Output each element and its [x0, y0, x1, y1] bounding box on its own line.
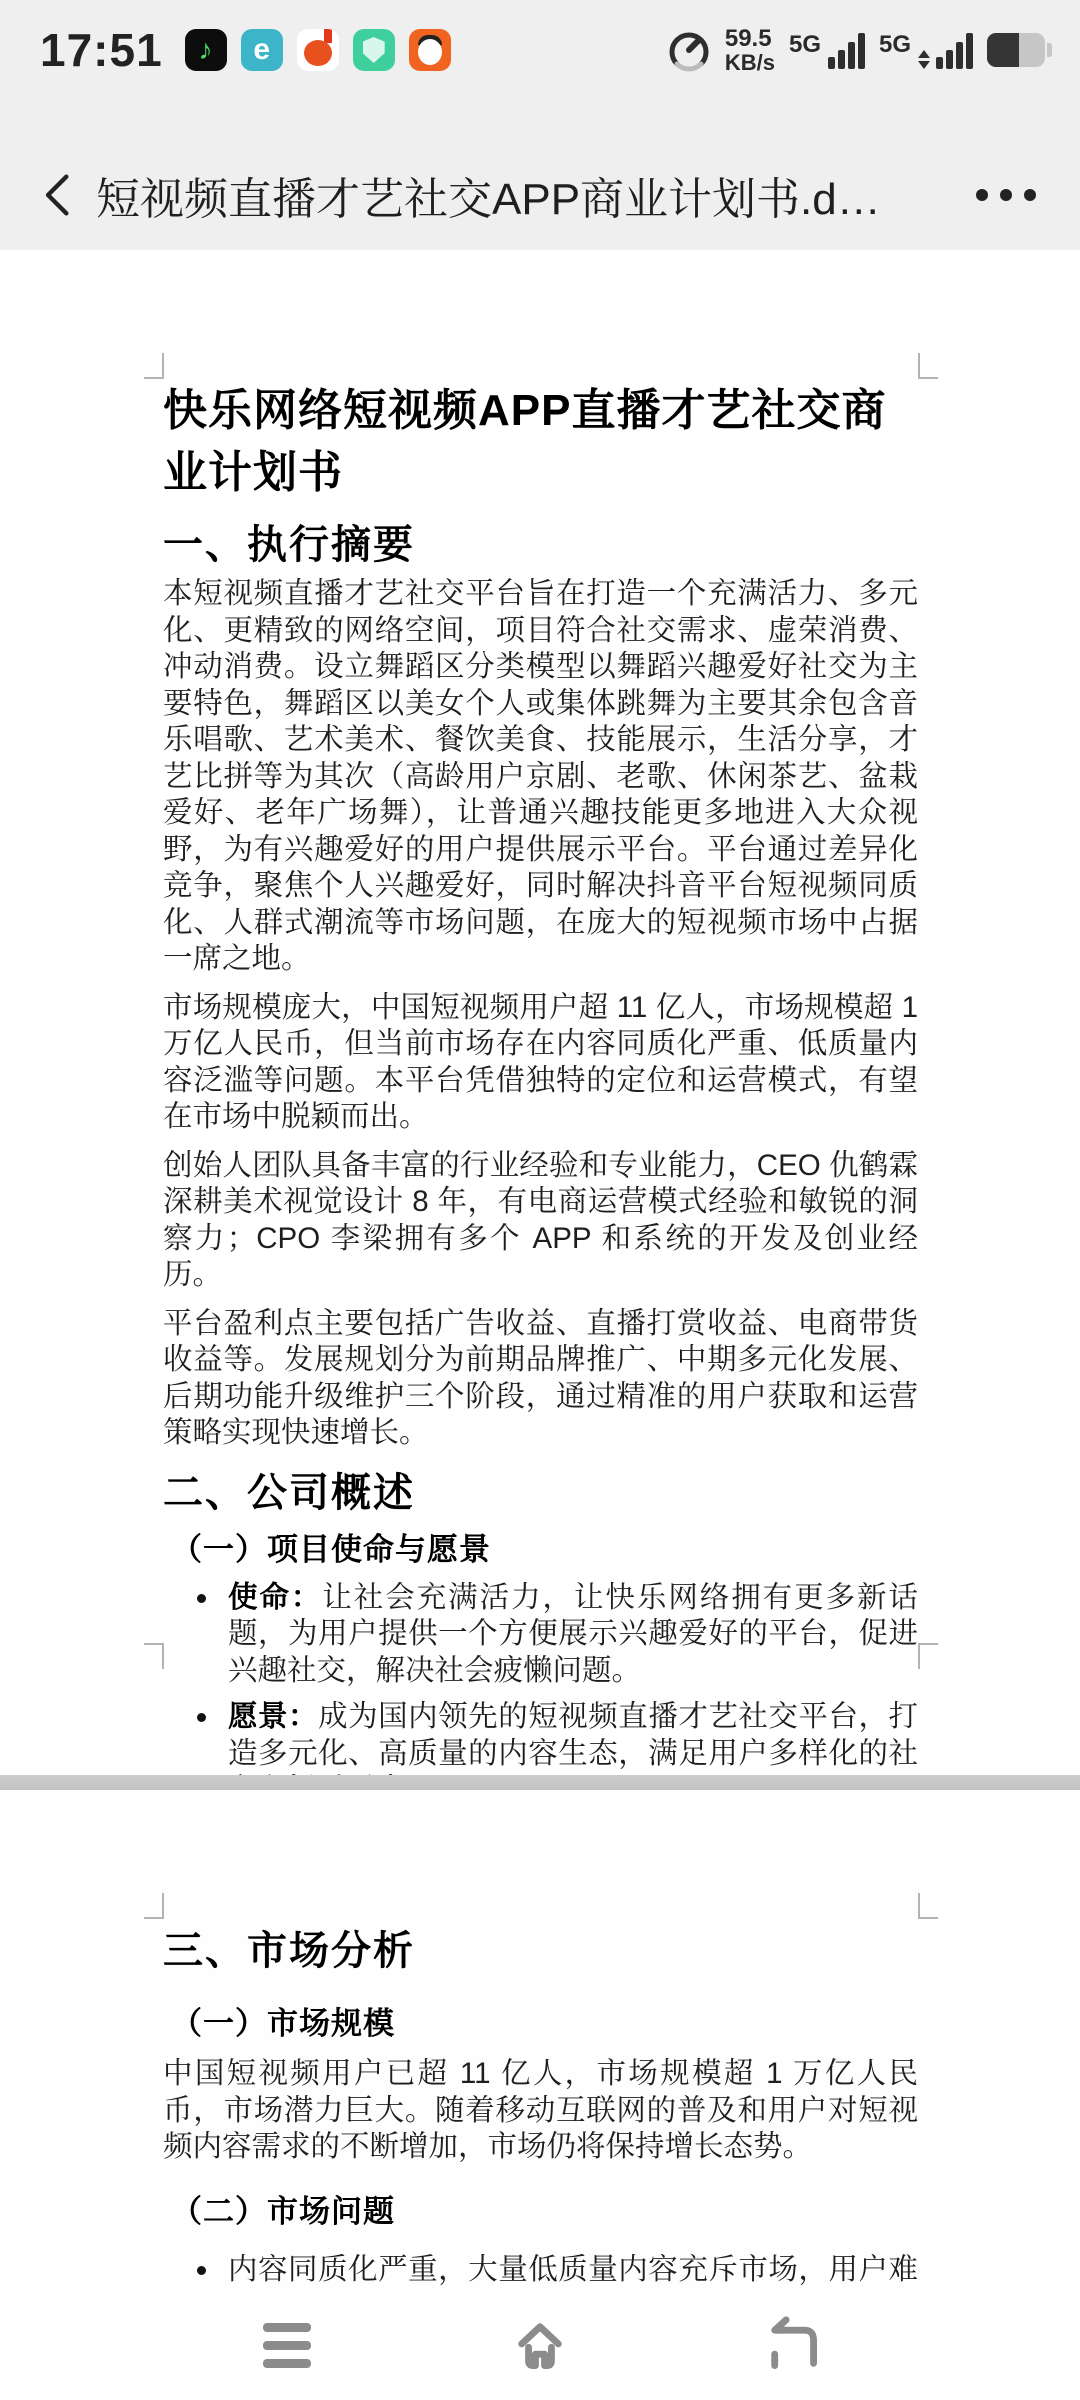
status-bar: 17:51 ♪ e 59.5 KB/s 5G 5G — [0, 0, 1080, 100]
paragraph: 市场规模庞大，中国短视频用户超 11 亿人，市场规模超 1 万亿人民币，但当前市… — [163, 990, 918, 1136]
home-button[interactable] — [505, 2310, 575, 2380]
sim2-signal: 5G — [879, 31, 973, 69]
ellipsis-dot — [976, 189, 988, 201]
music-note-glyph: ♪ — [199, 36, 213, 64]
music-app-icon: ♪ — [185, 29, 227, 71]
battery-fill — [987, 33, 1019, 67]
document-title-bar-text: 短视频直播才艺社交APP商业计划书.d… — [96, 163, 962, 227]
network-speed-gauge-icon — [667, 28, 711, 72]
sim1-5g-label: 5G — [789, 31, 821, 59]
bullet-dot — [197, 1594, 206, 1603]
vision-text: 成为国内领先的短视频直播才艺社交平台，打造多元化、高质量的内容生态，满足用户多样… — [228, 1700, 918, 1775]
subsection-heading-mission-vision: （一）项目使命与愿景 — [163, 1530, 918, 1570]
document-viewport[interactable]: 快乐网络短视频APP直播才艺社交商业计划书 一、执行摘要 本短视频直播才艺社交平… — [0, 250, 1080, 2400]
mission-label: 使命： — [228, 1581, 322, 1614]
data-updown-arrows-icon — [918, 31, 930, 69]
back-icon — [761, 2313, 825, 2377]
android-navigation-bar — [0, 2290, 1080, 2400]
page-corner-mark — [918, 353, 938, 379]
page-corner-mark — [144, 1893, 164, 1919]
e-browser-app-icon: e — [241, 29, 283, 71]
list-item-vision: 愿景：成为国内领先的短视频直播才艺社交平台，打造多元化、高质量的内容生态，满足用… — [163, 1699, 918, 1775]
mission-text: 让社会充满活力，让快乐网络拥有更多新话题，为用户提供一个方便展示兴趣爱好的平台，… — [228, 1581, 918, 1687]
document-heading: 快乐网络短视频APP直播才艺社交商业计划书 — [163, 380, 918, 504]
ellipsis-dot — [1024, 189, 1036, 201]
paragraph: 中国短视频用户已超 11 亿人，市场规模超 1 万亿人民币，市场潜力巨大。随着移… — [163, 2056, 918, 2166]
more-menu-button[interactable] — [962, 179, 1050, 211]
sim1-signal-bars-icon — [828, 31, 865, 69]
status-left: 17:51 ♪ e — [40, 23, 451, 77]
back-button[interactable] — [30, 167, 86, 223]
home-icon — [508, 2313, 572, 2377]
tomato-novel-app-icon — [297, 29, 339, 71]
status-right: 59.5 KB/s 5G 5G — [667, 26, 1052, 74]
network-speed-value: 59.5 — [725, 26, 775, 51]
paragraph: 平台盈利点主要包括广告收益、直播打赏收益、电商带货收益等。发展规划分为前期品牌推… — [163, 1306, 918, 1452]
paragraph: 本短视频直播才艺社交平台旨在打造一个充满活力、多元化、更精致的网络空间，项目符合… — [163, 576, 918, 978]
penguin-app-icon — [409, 29, 451, 71]
battery-nub — [1047, 43, 1052, 57]
bullet-dot — [197, 1713, 206, 1722]
chevron-left-icon — [38, 171, 78, 219]
screen: 17:51 ♪ e 59.5 KB/s 5G 5G — [0, 0, 1080, 2400]
page-separator — [0, 1775, 1080, 1790]
section-heading-executive-summary: 一、执行摘要 — [163, 522, 918, 568]
page-corner-mark — [144, 1643, 164, 1669]
vision-label: 愿景： — [228, 1700, 318, 1733]
sim2-signal-bars-icon — [936, 31, 973, 69]
shield-glyph — [363, 37, 385, 63]
sim1-signal: 5G — [789, 31, 865, 69]
paragraph: 创始人团队具备丰富的行业经验和专业能力，CEO 仇鹤霖深耕美术视觉设计 8 年，… — [163, 1148, 918, 1294]
recent-apps-menu-button[interactable] — [252, 2310, 322, 2380]
security-shield-app-icon — [353, 29, 395, 71]
network-speed-unit: KB/s — [725, 51, 775, 74]
page-corner-mark — [144, 353, 164, 379]
title-bar: 短视频直播才艺社交APP商业计划书.d… — [0, 100, 1080, 250]
ellipsis-dot — [1000, 189, 1012, 201]
section-heading-company-overview: 二、公司概述 — [163, 1470, 918, 1516]
status-time: 17:51 — [40, 23, 163, 77]
sim2-5g-label: 5G — [879, 31, 911, 59]
bullet-dot — [197, 2266, 206, 2275]
network-speed-text: 59.5 KB/s — [725, 26, 775, 74]
page-corner-mark — [918, 1893, 938, 1919]
tomato-fruit — [304, 40, 332, 66]
subsection-heading-market-size: （一）市场规模 — [163, 2004, 918, 2044]
list-item-mission: 使命：让社会充满活力，让快乐网络拥有更多新话题，为用户提供一个方便展示兴趣爱好的… — [163, 1580, 918, 1690]
menu-icon — [263, 2323, 311, 2368]
section-heading-market-analysis: 三、市场分析 — [163, 1928, 918, 1974]
back-nav-button[interactable] — [758, 2310, 828, 2380]
battery-icon — [987, 33, 1052, 67]
penguin-face — [418, 39, 442, 65]
subsection-heading-market-problems: （二）市场问题 — [163, 2192, 918, 2232]
document-page-1: 快乐网络短视频APP直播才艺社交商业计划书 一、执行摘要 本短视频直播才艺社交平… — [0, 250, 1080, 1775]
page-corner-mark — [918, 1643, 938, 1669]
